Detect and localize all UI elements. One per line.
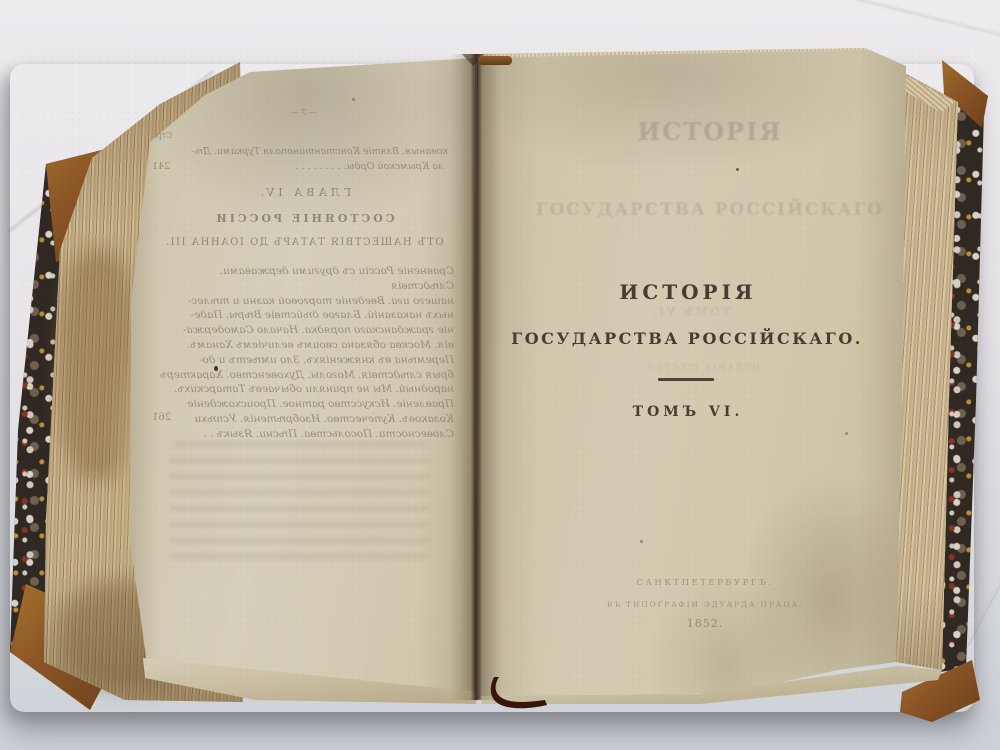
ghost-summary-line: Словесности. Посольства. Пѣсни. Языкъ . …	[154, 427, 454, 442]
ghost-toc-line: ла Крымской Орды. . . . . . . . .	[150, 161, 458, 172]
ghost-toc-line: кованыя. Взятіе Константинополя Турками.…	[150, 146, 448, 157]
imprint-year: 1852.	[540, 618, 870, 631]
ghost-title-line1: ИСТОРІЯ	[540, 118, 880, 146]
title-line1: ИСТОРІЯ	[516, 281, 856, 304]
ghost-chapter-heading: ГЛАВА IV.	[150, 186, 458, 199]
foxing-speck	[352, 98, 355, 101]
ghost-summary-line: нашего ига. Введеніе торговой казни и тѣ…	[154, 294, 454, 309]
title-divider-rule	[658, 378, 714, 381]
ghost-summary-line: Сравненіе Россіи съ другими державами. С…	[154, 264, 454, 294]
ghost-toc-page-number: 241	[152, 161, 170, 172]
foxing-speck	[736, 168, 739, 171]
imprint-printer: ВЪ ТИПОГРАФІИ ЭДУАРДА ПРАЦА.	[540, 601, 870, 610]
foxing-speck	[845, 432, 848, 435]
bookmark-ribbon-tail	[487, 676, 557, 712]
left-page-faint-showthrough	[170, 442, 430, 560]
book-photograph: — 7 — Стр. кованыя. Взятіе Константинопо…	[0, 0, 1000, 750]
ink-speck	[214, 366, 218, 371]
ghost-edition-showthrough: ИЗДАНІЕ ШЕСТОЕ.	[610, 364, 790, 374]
headband	[478, 56, 512, 65]
ghost-title-line2: ГОСУДАРСТВА РОССІЙСКАГО	[530, 201, 890, 220]
title-line2: ГОСУДАРСТВА РОССІЙСКАГО.	[506, 330, 866, 348]
ghost-summary-line: Козаковъ. Купечество. Изобрѣтенія. Успѣх…	[154, 412, 454, 427]
ghost-summary-line: брыя слѣдствія. Моголы. Духовенство. Хар…	[154, 368, 454, 383]
ghost-chapter-title: СОСТОЯНІЕ РОССІИ	[150, 212, 458, 225]
ghost-column-header: Стр.	[154, 131, 172, 140]
ghost-volume-showthrough: ТОМЪ VI.	[610, 306, 770, 319]
foxing-speck	[640, 540, 643, 543]
ghost-chapter-summary: Сравненіе Россіи съ другими державами. С…	[154, 264, 454, 442]
left-page-showthrough-text: — 7 — Стр. кованыя. Взятіе Константинопо…	[150, 106, 458, 436]
ghost-summary-page-number: 261	[152, 412, 171, 423]
ghost-page-number: — 7 —	[150, 108, 458, 117]
ghost-summary-line: вія. Москва обязана своимъ величіемъ Хан…	[154, 338, 454, 353]
imprint-city: САНКТПЕТЕРБУРГЪ.	[540, 579, 870, 589]
ghost-summary-line: народный. Мы не приняли обычаевъ Татарск…	[154, 382, 454, 397]
ghost-summary-line: ніе гражданскаго порядка. Начало Самодер…	[154, 323, 454, 338]
ghost-summary-line: Правленіе. Искусство ратное. Происхожден…	[154, 397, 454, 412]
volume-label: ТОМЪ VI.	[606, 404, 766, 420]
ghost-chapter-subtitle: ОТЪ НАШЕСТВІЯ ТАТАРЪ ДО ІОАННА III.	[150, 237, 458, 248]
ghost-summary-line: ныхъ наказаній. Благое дѣйствіе Вѣры. Па…	[154, 308, 454, 323]
ghost-summary-line: Перемѣна въ княженіяхъ. Зло имѣетъ и до-	[154, 353, 454, 368]
